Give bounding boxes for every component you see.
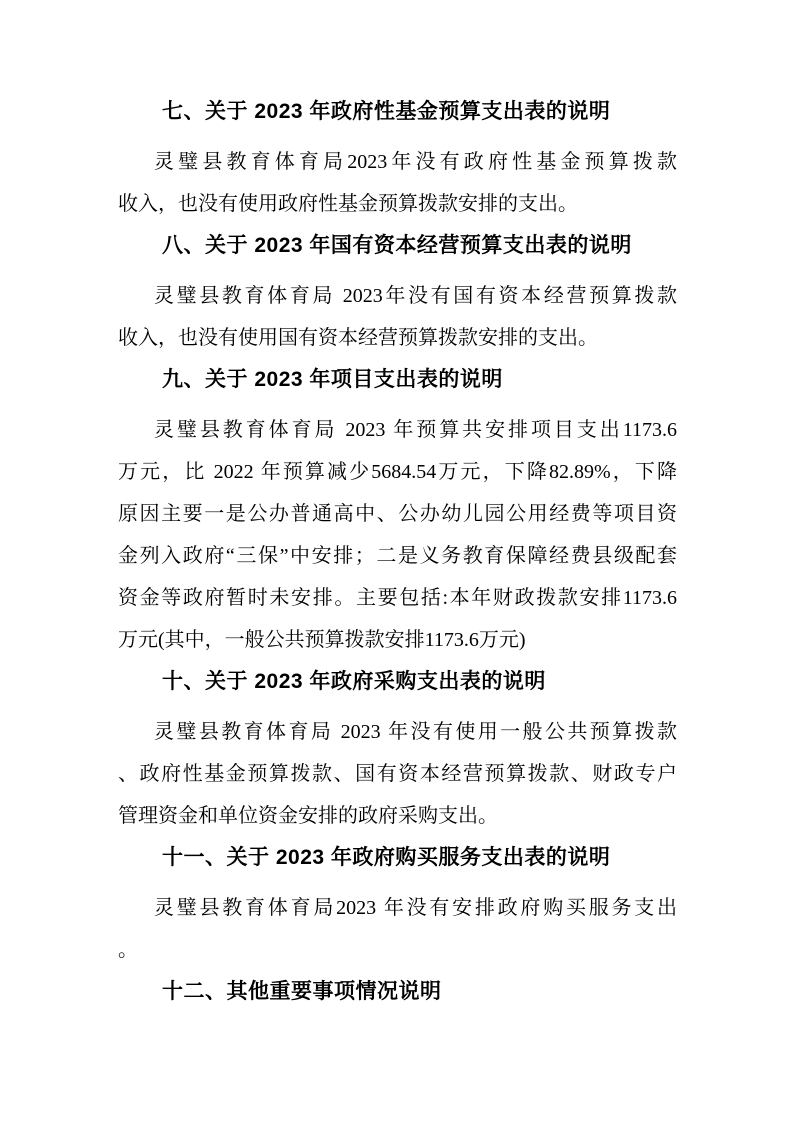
text-line: 管理资金和单位资金安排的政府采购支出。: [118, 795, 677, 837]
document-section: 八、关于 2023 年国有资本经营预算支出表的说明 灵璧县教育体育局 2023年…: [118, 225, 677, 359]
text-line: 收入，也没有使用政府性基金预算拨款安排的支出。: [118, 183, 677, 225]
section-heading: 八、关于 2023 年国有资本经营预算支出表的说明: [118, 225, 677, 267]
section-heading: 九、关于 2023 年项目支出表的说明: [118, 359, 677, 401]
text-line: 灵璧县教育体育局2023年没有政府性基金预算拨款: [118, 141, 677, 183]
document-page: 七、关于 2023 年政府性基金预算支出表的说明 灵璧县教育体育局2023年没有…: [0, 0, 793, 1122]
document-section: 十二、其他重要事项情况说明: [118, 971, 677, 1013]
text-line: 灵璧县教育体育局 2023 年预算共安排项目支出1173.6: [118, 409, 677, 451]
text-line: 金列入政府“三保”中安排；二是义务教育保障经费县级配套: [118, 535, 677, 577]
text-line: 万元，比 2022 年预算减少5684.54万元，下降82.89%，下降: [118, 451, 677, 493]
document-content: 七、关于 2023 年政府性基金预算支出表的说明 灵璧县教育体育局2023年没有…: [118, 91, 677, 1021]
section-heading: 七、关于 2023 年政府性基金预算支出表的说明: [118, 91, 677, 133]
section-heading: 十二、其他重要事项情况说明: [118, 971, 677, 1013]
section-paragraph: 灵璧县教育体育局 2023 年没有使用一般公共预算拨款、政府性基金预算拨款、国有…: [118, 711, 677, 837]
text-line: 灵璧县教育体育局 2023 年没有使用一般公共预算拨款: [118, 711, 677, 753]
document-section: 十、关于 2023 年政府采购支出表的说明 灵璧县教育体育局 2023 年没有使…: [118, 661, 677, 837]
text-line: 资金等政府暂时未安排。主要包括:本年财政拨款安排1173.6: [118, 577, 677, 619]
document-section: 九、关于 2023 年项目支出表的说明 灵璧县教育体育局 2023 年预算共安排…: [118, 359, 677, 661]
section-heading: 十一、关于 2023 年政府购买服务支出表的说明: [118, 837, 677, 879]
section-paragraph: 灵璧县教育体育局 2023年没有国有资本经营预算拨款收入，也没有使用国有资本经营…: [118, 275, 677, 359]
text-line: 、政府性基金预算拨款、国有资本经营预算拨款、财政专户: [118, 753, 677, 795]
section-paragraph: 灵璧县教育体育局2023 年没有安排政府购买服务支出。: [118, 887, 677, 971]
section-paragraph: 灵璧县教育体育局2023年没有政府性基金预算拨款收入，也没有使用政府性基金预算拨…: [118, 141, 677, 225]
text-line: 。: [118, 929, 677, 971]
text-line: 灵璧县教育体育局2023 年没有安排政府购买服务支出: [118, 887, 677, 929]
document-section: 十一、关于 2023 年政府购买服务支出表的说明 灵璧县教育体育局2023 年没…: [118, 837, 677, 971]
text-line: 原因主要一是公办普通高中、公办幼儿园公用经费等项目资: [118, 493, 677, 535]
section-paragraph: 灵璧县教育体育局 2023 年预算共安排项目支出1173.6万元，比 2022 …: [118, 409, 677, 661]
section-heading: 十、关于 2023 年政府采购支出表的说明: [118, 661, 677, 703]
text-line: 万元(其中，一般公共预算拨款安排1173.6万元): [118, 619, 677, 661]
text-line: 灵璧县教育体育局 2023年没有国有资本经营预算拨款: [118, 275, 677, 317]
document-section: 七、关于 2023 年政府性基金预算支出表的说明 灵璧县教育体育局2023年没有…: [118, 91, 677, 225]
text-line: 收入，也没有使用国有资本经营预算拨款安排的支出。: [118, 317, 677, 359]
